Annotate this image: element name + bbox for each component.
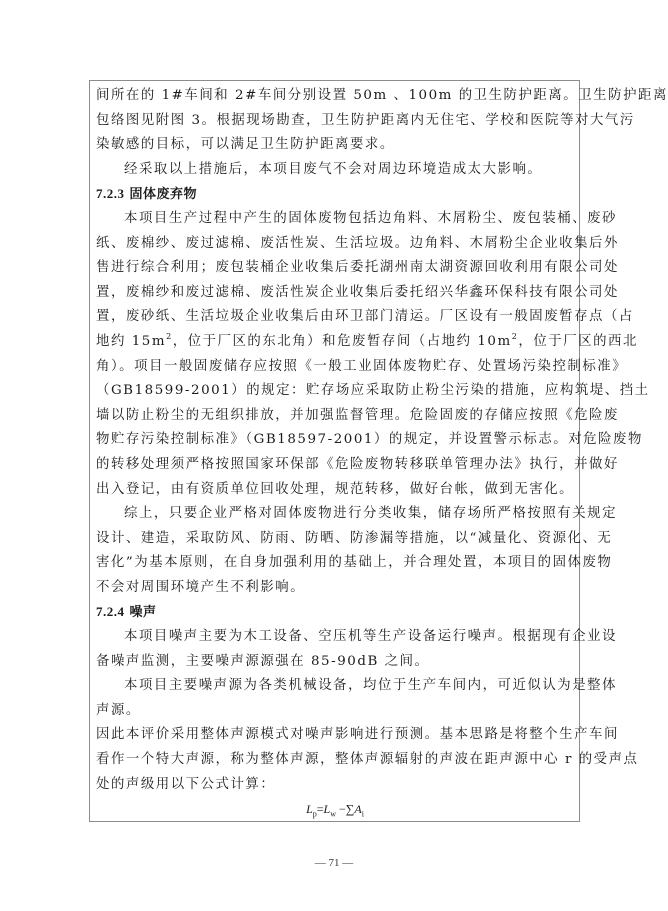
noise-formula: Lp=Lw −∑Ai (96, 797, 574, 821)
area-text: ，位于厂区的东北角）和危废暂存间（占地约 10m (173, 334, 512, 349)
text-line: 角）。项目一般固废储存应按照《一般工业固体废物贮存、处置场污染控制标准》 (96, 355, 574, 380)
text-line: （GB18599-2001）的规定：贮存场应采取防止粉尘污染的措施，应构筑堤、挡… (96, 379, 574, 404)
formula-operator: −∑ (336, 802, 354, 816)
section-number: 7.2.3 (96, 186, 125, 201)
text-line: 声源。 (96, 699, 574, 724)
text-line: 纸、废棉纱、废过滤棉、废活性炭、生活垃圾。边角料、木屑粉尘企业收集后外 (96, 232, 574, 257)
formula-operator: = (317, 802, 324, 816)
page-number: — 71 — (0, 857, 668, 869)
text-line: 物贮存污染控制标准》（GB18597-2001）的规定，并设置警示标志。对危险废… (96, 428, 574, 453)
formula-symbol: A (354, 802, 361, 816)
text-line: 备噪声监测，主要噪声源源强在 85-90dB 之间。 (96, 650, 574, 675)
text-line: 染敏感的目标，可以满足卫生防护距离要求。 (96, 133, 574, 158)
text-line: 本项目生产过程中产生的固体废物包括边角料、木屑粉尘、废包装桶、废砂 (96, 207, 574, 232)
text-line: 的转移处理须严格按照国家环保部《危险废物转移联单管理办法》执行，并做好 (96, 453, 574, 478)
superscript: 2 (166, 332, 173, 341)
text-line: 本项目噪声主要为木工设备、空压机等生产设备运行噪声。根据现有企业设 (96, 625, 574, 650)
section-heading-noise: 7.2.4 噪声 (96, 600, 574, 625)
text-line: 综上，只要企业严格对固体废物进行分类收集，储存场所严格按照有关规定 (96, 502, 574, 527)
section-number: 7.2.4 (96, 604, 125, 619)
text-line: 售进行综合利用；废包装桶企业收集后委托湖州南太湖资源回收利用有限公司处 (96, 256, 574, 281)
text-line: 处的声级用以下公式计算： (96, 773, 574, 798)
formula-subscript: i (362, 810, 364, 819)
text-line: 墙以防止粉尘的无组织排放，并加强监督管理。危险固废的存储应按照《危险废 (96, 404, 574, 429)
text-line: 看作一个特大声源，称为整体声源，整体声源辐射的声波在距声源中心 r 的受声点 (96, 748, 574, 773)
text-line: 不会对周围环境产生不利影响。 (96, 576, 574, 601)
section-title: 固体废弃物 (130, 187, 198, 202)
text-line: 包络图见附图 3。根据现场勘查，卫生防护距离内无住宅、学校和医院等对大气污 (96, 109, 574, 134)
text-line: 设计、建造，采取防风、防雨、防晒、防渗漏等措施，以“减量化、资源化、无 (96, 527, 574, 552)
formula-symbol: L (306, 802, 313, 816)
air-conclusion: 经采取以上措施后，本项目废气不会对周边环境造成太大影响。 (96, 158, 574, 183)
text-line: 置，废砂纸、生活垃圾企业收集后由环卫部门清运。厂区设有一般固废暂存点（占 (96, 305, 574, 330)
text-line: 本项目主要噪声源为各类机械设备，均位于生产车间内，可近似认为是整体 (96, 674, 574, 699)
section-title: 噪声 (130, 605, 157, 620)
text-line: 置，废棉纱和废过滤棉、废活性炭企业收集后委托绍兴华鑫环保科技有限公司处 (96, 281, 574, 306)
document-body: 间所在的 1#车间和 2#车间分别设置 50m 、100m 的卫生防护距离。卫生… (96, 84, 574, 821)
area-text: ，位于厂区的西北 (518, 334, 638, 349)
text-line: 害化”为基本原则，在自身加强利用的基础上，并合理处置，本项目的固体废物 (96, 551, 574, 576)
text-line: 间所在的 1#车间和 2#车间分别设置 50m 、100m 的卫生防护距离。卫生… (96, 84, 574, 109)
area-text: 地约 15m (96, 334, 166, 349)
text-line: 出入登记，由有资质单位回收处理，规范转移，做好台帐，做到无害化。 (96, 478, 574, 503)
text-line-area: 地约 15m2，位于厂区的东北角）和危废暂存间（占地约 10m2，位于厂区的西北 (96, 330, 574, 355)
section-heading-solid-waste: 7.2.3 固体废弃物 (96, 182, 574, 207)
text-line: 因此本评价采用整体声源模式对噪声影响进行预测。基本思路是将整个生产车间 (96, 723, 574, 748)
